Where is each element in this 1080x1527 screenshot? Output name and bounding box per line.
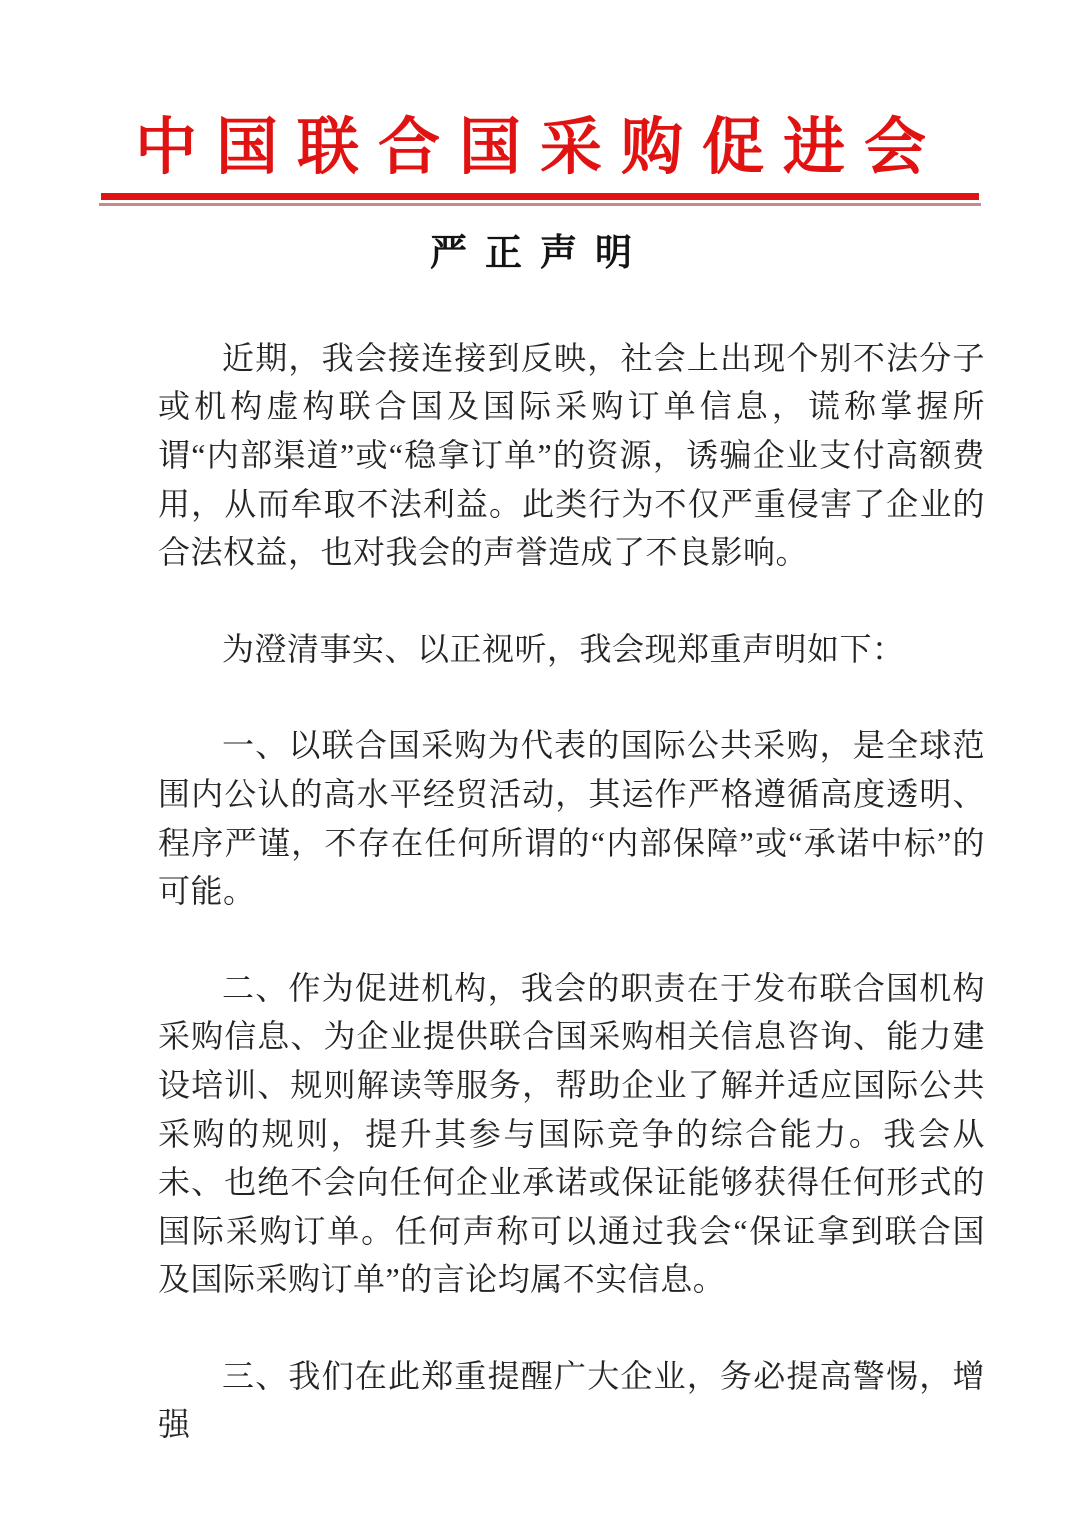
statement-section: 严正声明 近期，我会接连接到反映，社会上出现个别不法分子或机构虚构联合国及国际采…	[0, 233, 1080, 1449]
letterhead: 中国联合国采购促进会	[0, 0, 1080, 206]
org-name-title: 中国联合国采购促进会	[0, 0, 1080, 181]
paragraph-intro: 近期，我会接连接到反映，社会上出现个别不法分子或机构虚构联合国及国际采购订单信息…	[158, 334, 985, 577]
paragraph-point-two: 二、作为促进机构，我会的职责在于发布联合国机构采购信息、为企业提供联合国采购相关…	[158, 964, 985, 1304]
paragraph-declaration-lead: 为澄清事实、以正视听，我会现郑重声明如下：	[158, 625, 985, 674]
statement-body: 近期，我会接连接到反映，社会上出现个别不法分子或机构虚构联合国及国际采购订单信息…	[158, 334, 985, 1449]
document-page: 中国联合国采购促进会 严正声明 近期，我会接连接到反映，社会上出现个别不法分子或…	[0, 0, 1080, 1527]
letterhead-rule-thick	[101, 193, 979, 200]
statement-title: 严正声明	[0, 233, 1080, 274]
letterhead-rule-thin	[99, 203, 981, 206]
paragraph-point-three-partial: 三、我们在此郑重提醒广大企业，务必提高警惕，增强	[158, 1352, 985, 1449]
paragraph-point-one: 一、以联合国采购为代表的国际公共采购，是全球范围内公认的高水平经贸活动，其运作严…	[158, 721, 985, 915]
